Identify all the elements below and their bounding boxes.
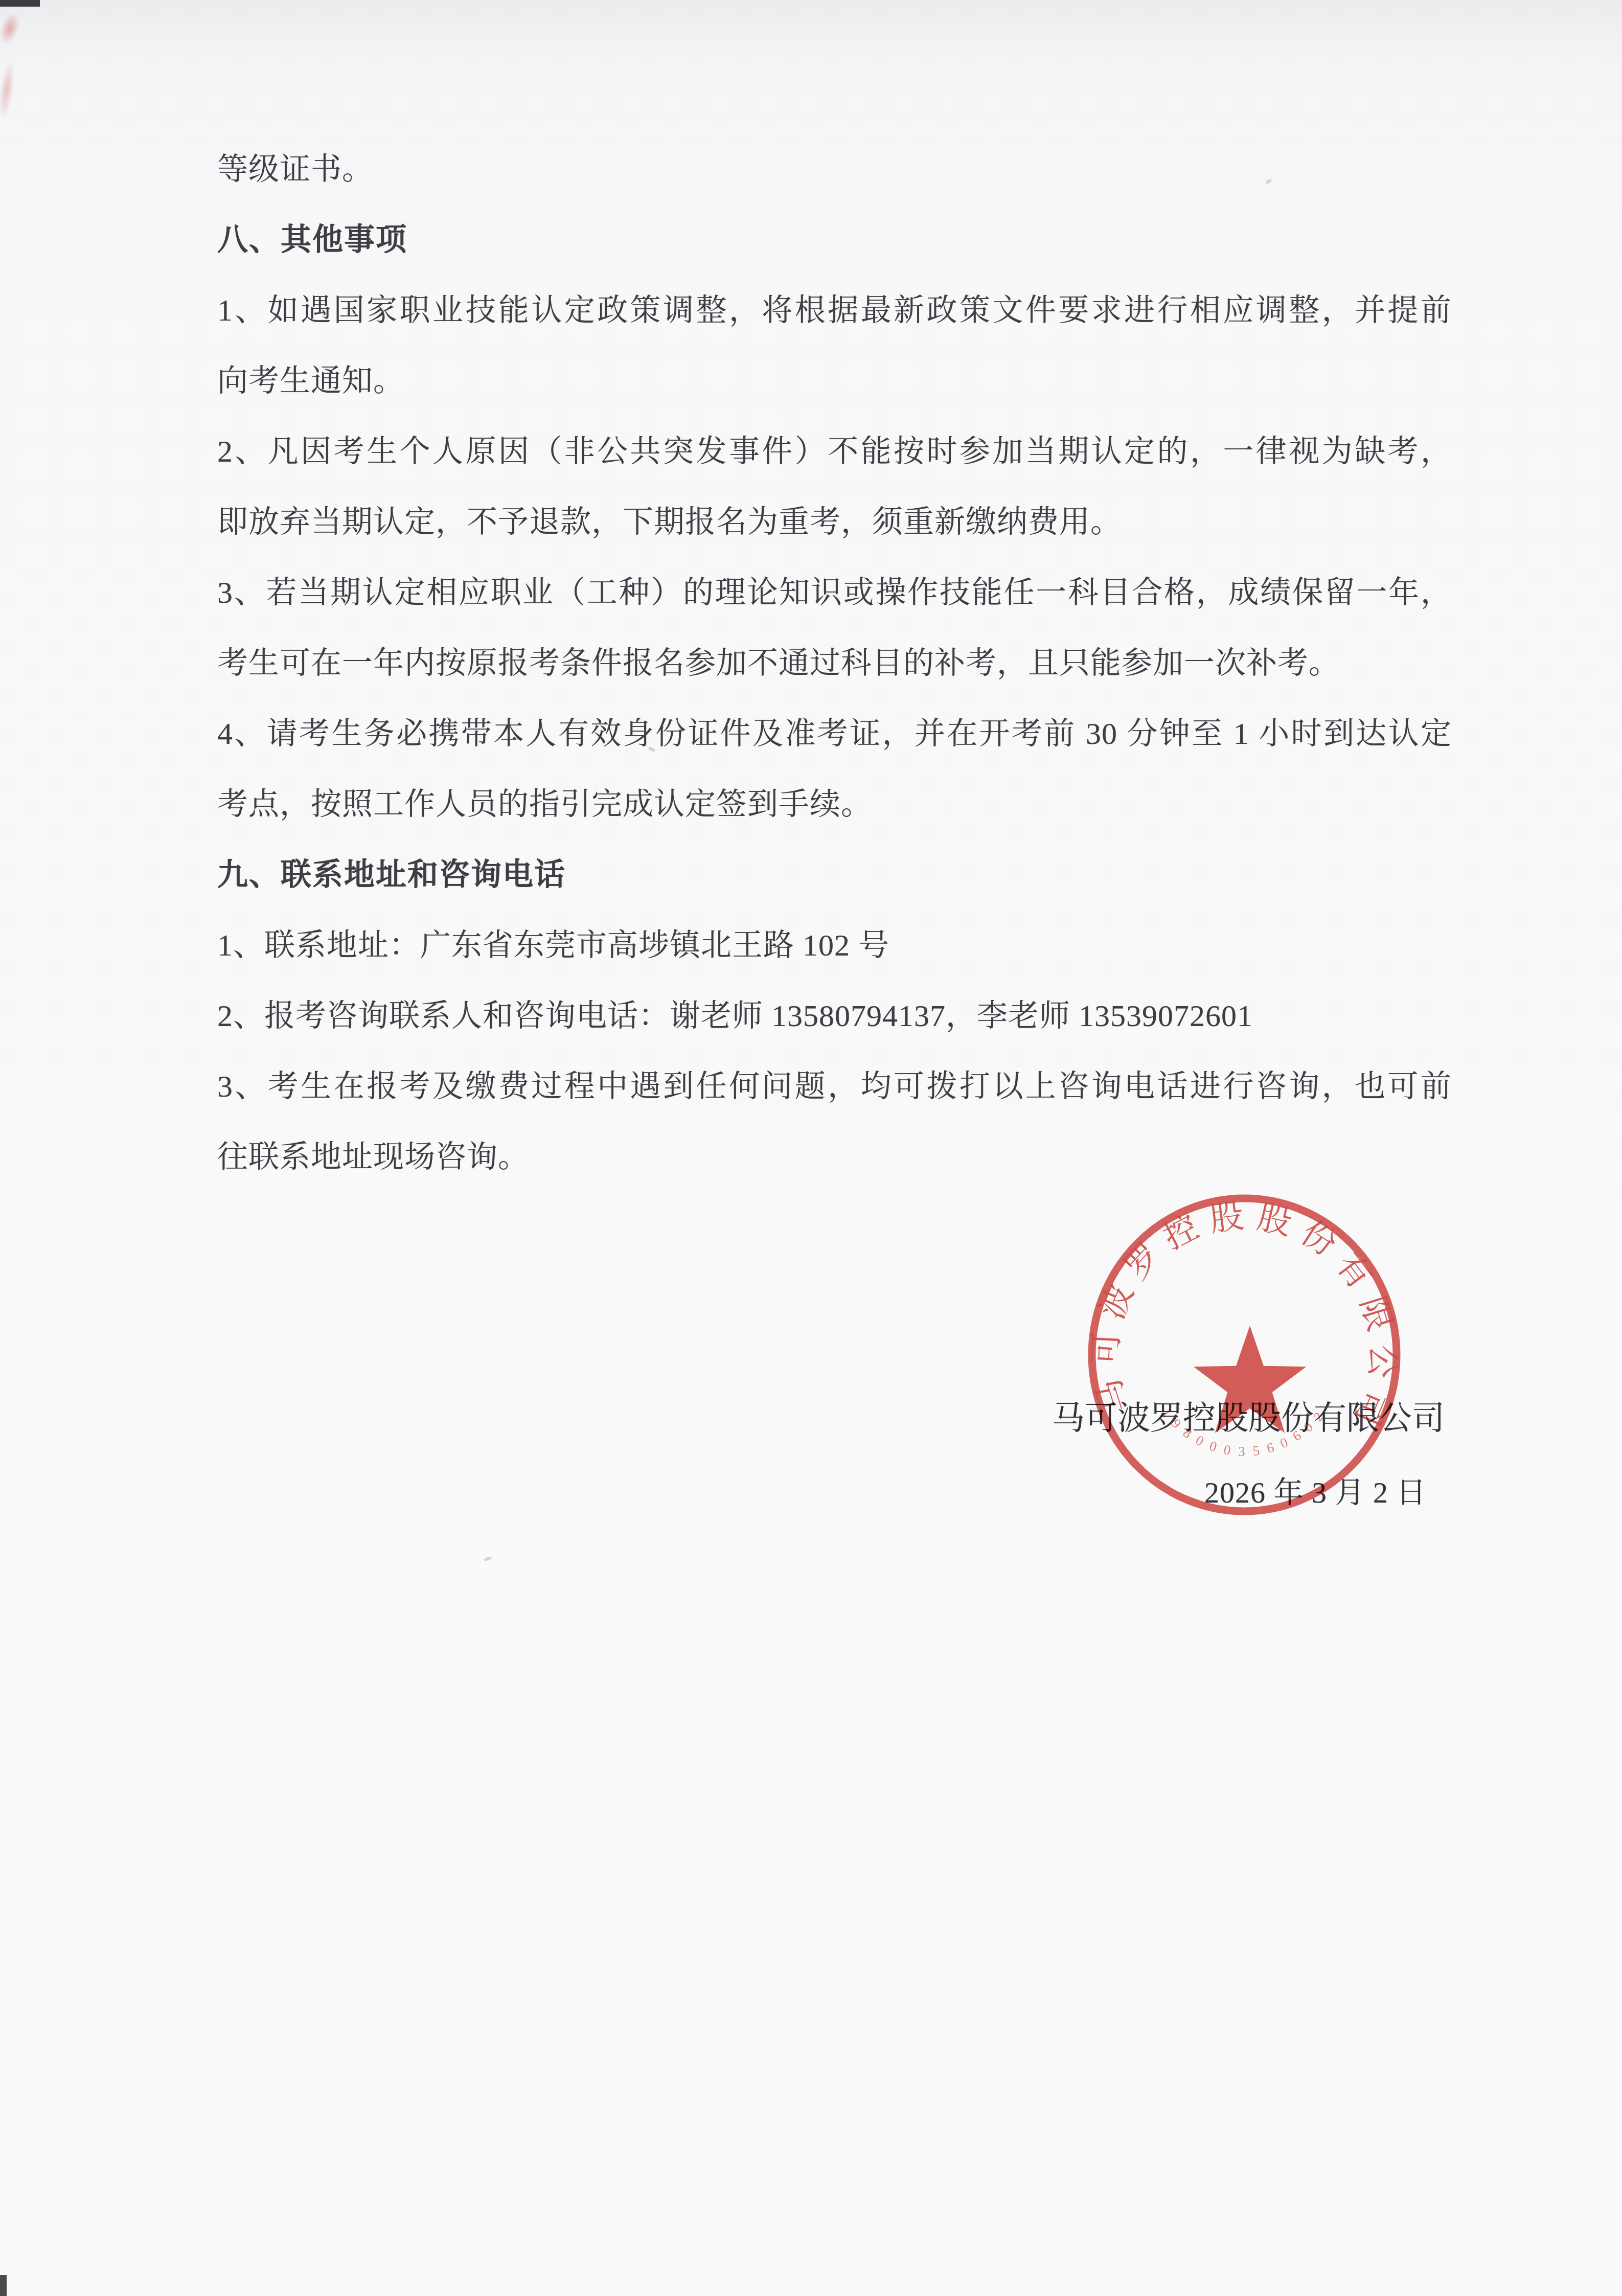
paragraph-line: 3、考生在报考及缴费过程中遇到任何问题，均可拨打以上咨询电话进行咨询，也可前 xyxy=(217,1051,1452,1122)
scan-edge-artifact-bottom-left xyxy=(0,2275,7,2296)
signature-company-name: 马可波罗控股股份有限公司 xyxy=(1052,1392,1445,1439)
section-heading-8-other-matters: 八、其他事项 xyxy=(217,204,1452,275)
paragraph-line: 等级证书。 xyxy=(217,134,1452,204)
section-heading-9-contact: 九、联系地址和咨询电话 xyxy=(217,839,1452,910)
paragraph-line: 向考生通知。 xyxy=(217,346,1452,416)
signature-date: 2026 年 3 月 2 日 xyxy=(1204,1468,1427,1511)
paragraph-line: 3、若当期认定相应职业（工种）的理论知识或操作技能任一科目合格，成绩保留一年， xyxy=(217,557,1452,628)
paragraph-line: 往联系地址现场咨询。 xyxy=(217,1122,1452,1192)
paragraph-line: 即放弃当期认定，不予退款，下期报名为重考，须重新缴纳费用。 xyxy=(217,487,1452,557)
contact-address-line: 1、联系地址：广东省东莞市高埗镇北王路 102 号 xyxy=(217,910,1452,981)
scan-edge-artifact-top-left xyxy=(0,0,40,7)
red-ink-smudge-top-left xyxy=(0,10,23,47)
red-ink-smudge-left xyxy=(0,60,17,120)
scanned-document-page: 等级证书。 八、其他事项 1、如遇国家职业技能认定政策调整，将根据最新政策文件要… xyxy=(0,0,1622,2296)
contact-phone-line: 2、报考咨询联系人和咨询电话：谢老师 13580794137，李老师 13539… xyxy=(217,981,1452,1051)
paragraph-line: 考生可在一年内按原报考条件报名参加不通过科目的补考，且只能参加一次补考。 xyxy=(217,628,1452,698)
paragraph-line: 4、请考生务必携带本人有效身份证件及准考证，并在开考前 30 分钟至 1 小时到… xyxy=(217,698,1452,769)
paragraph-line: 1、如遇国家职业技能认定政策调整，将根据最新政策文件要求进行相应调整，并提前 xyxy=(217,275,1452,346)
notice-body: 等级证书。 八、其他事项 1、如遇国家职业技能认定政策调整，将根据最新政策文件要… xyxy=(217,134,1452,1192)
paragraph-line: 考点，按照工作人员的指引完成认定签到手续。 xyxy=(217,769,1452,839)
paragraph-line: 2、凡因考生个人原因（非公共突发事件）不能按时参加当期认定的，一律视为缺考， xyxy=(217,416,1452,487)
scan-speck xyxy=(483,1556,492,1561)
